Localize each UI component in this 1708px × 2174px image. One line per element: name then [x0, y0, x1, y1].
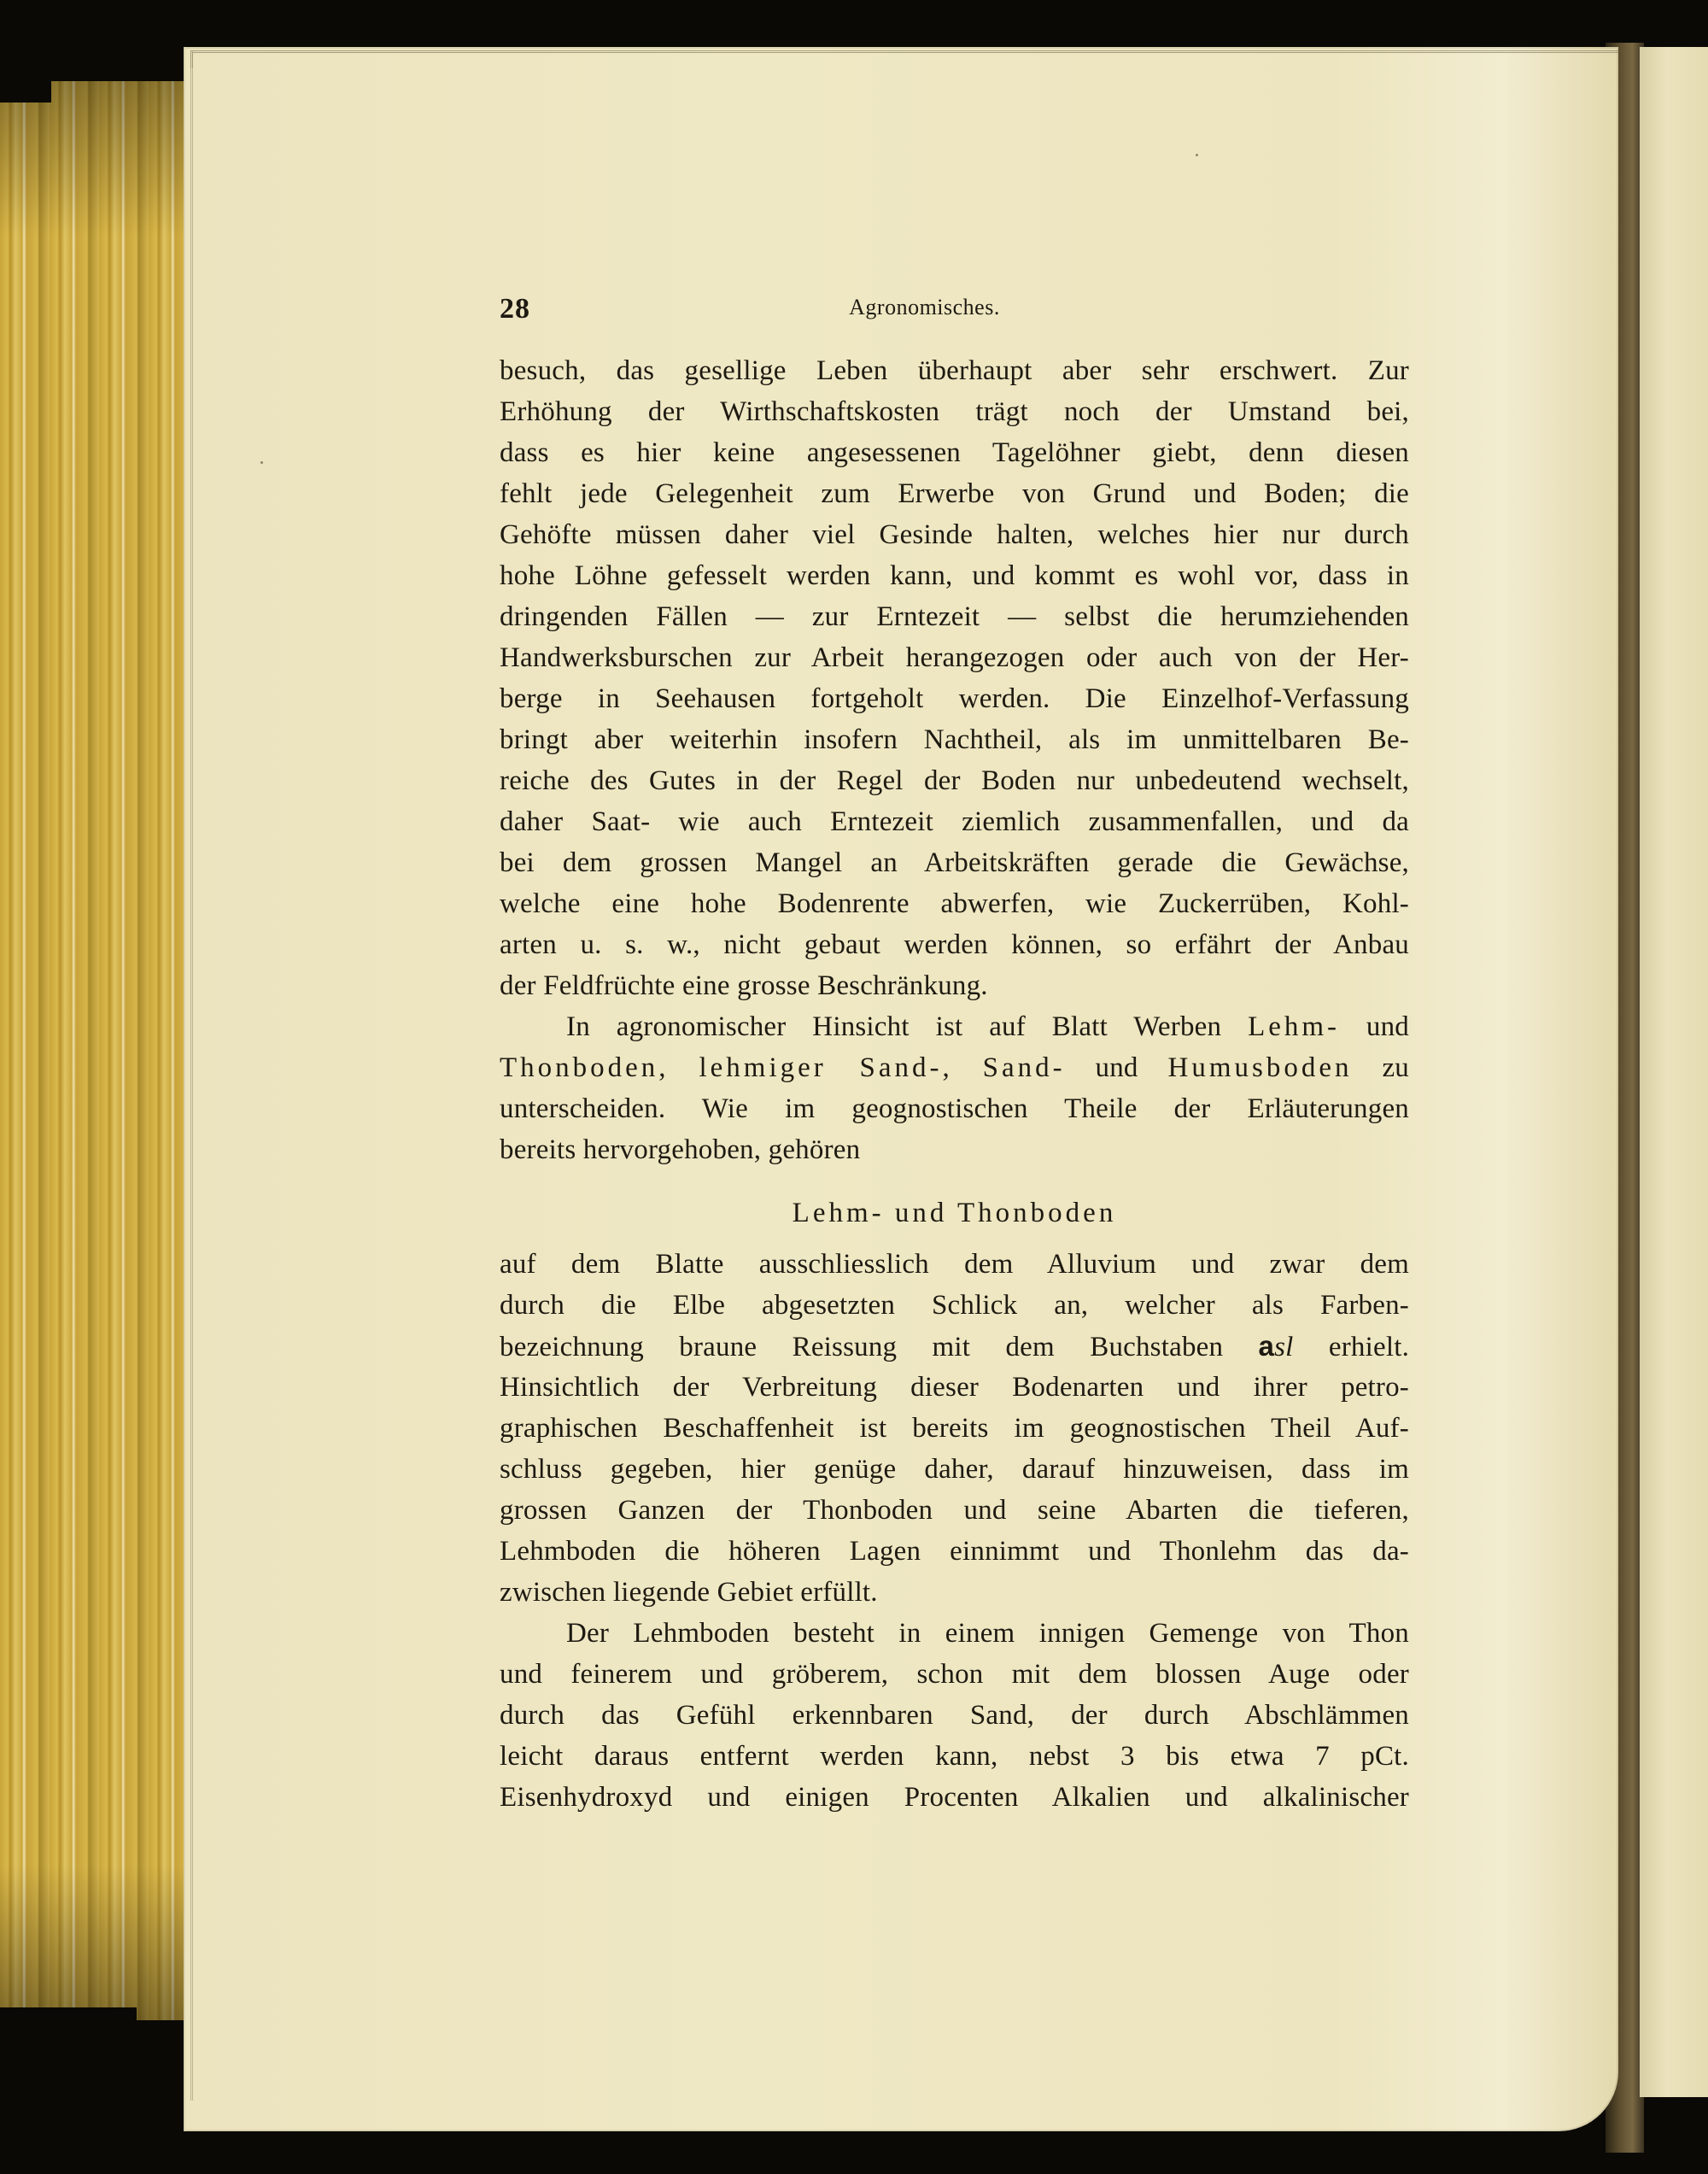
text-line: auf dem Blatte ausschliesslich dem Alluv…	[500, 1244, 1409, 1285]
edge-shadow	[0, 81, 51, 103]
text-run: bezeichnung braune Reissung mit dem Buch…	[500, 1332, 1223, 1362]
text-line: graphischen Beschaffenheit ist bereits i…	[500, 1408, 1409, 1449]
section-heading: Lehm- und Thonboden	[500, 1192, 1409, 1233]
text-line: Gehöfte müssen daher viel Gesinde halten…	[500, 514, 1409, 555]
text-line: fehlt jede Gelegenheit zum Erwerbe von G…	[500, 473, 1409, 514]
text-run: und	[1096, 1052, 1138, 1083]
text-line: Erhöhung der Wirthschaftskosten trägt no…	[500, 391, 1409, 432]
spaced-term: Sand-	[983, 1052, 1066, 1083]
running-head: 28 Agronomisches.	[500, 293, 1409, 327]
map-symbol: asl	[1259, 1332, 1294, 1362]
text-line: bringt aber weiterhin insofern Nachtheil…	[500, 719, 1409, 760]
text-line: Eisenhydroxyd und einigen Procenten Alka…	[500, 1777, 1409, 1818]
text-line: bei dem grossen Mangel an Arbeitskräften…	[500, 842, 1409, 883]
facing-page-edge	[1640, 47, 1708, 2097]
text-line: besuch, das gesellige Leben überhaupt ab…	[500, 350, 1409, 391]
text-line: arten u. s. w., nicht gebaut werden könn…	[500, 924, 1409, 965]
edge-shadow-bottom	[0, 2007, 137, 2174]
running-title: Agronomisches.	[500, 295, 1409, 320]
text-line: Thonboden, lehmiger Sand-, Sand- und Hum…	[500, 1047, 1409, 1088]
text-line: Lehmboden die höheren Lagen einnimmt und…	[500, 1531, 1409, 1572]
map-symbol-a: a	[1259, 1330, 1275, 1362]
spaced-term: lehmiger Sand-,	[699, 1052, 952, 1083]
text-run: und	[1366, 1011, 1409, 1042]
text-run: zu	[1382, 1052, 1409, 1083]
text-line: berge in Seehausen fortgeholt werden. Di…	[500, 678, 1409, 719]
text-line: Der Lehmboden besteht in einem innigen G…	[500, 1613, 1409, 1654]
text-line: durch die Elbe abgesetzten Schlick an, w…	[500, 1285, 1409, 1326]
text-line: In agronomischer Hinsicht ist auf Blatt …	[500, 1006, 1409, 1047]
text-line: dass es hier keine angesessenen Tagelöhn…	[500, 432, 1409, 473]
text-line: reiche des Gutes in der Regel der Boden …	[500, 760, 1409, 801]
text-line: Hinsichtlich der Verbreitung dieser Bode…	[500, 1367, 1409, 1408]
map-symbol-sl: sl	[1274, 1332, 1293, 1362]
text-run: erhielt.	[1329, 1332, 1409, 1362]
text-line: bezeichnung braune Reissung mit dem Buch…	[500, 1326, 1409, 1367]
spaced-term: Thonboden,	[500, 1052, 670, 1083]
text-line: hohe Löhne gefesselt werden kann, und ko…	[500, 555, 1409, 596]
text-line: leicht daraus entfernt werden kann, nebs…	[500, 1736, 1409, 1777]
page-left-rule	[190, 50, 208, 2101]
text-line: Handwerksburschen zur Arbeit herangezoge…	[500, 637, 1409, 678]
paper-speck	[1196, 154, 1198, 156]
text-line: daher Saat- wie auch Erntezeit ziemlich …	[500, 801, 1409, 842]
text-line: zwischen liegende Gebiet erfüllt.	[500, 1572, 1409, 1613]
text-line: bereits hervorgehoben, gehören	[500, 1129, 1409, 1170]
text-line: und feinerem und gröberem, schon mit dem…	[500, 1654, 1409, 1695]
spaced-term: Lehm-	[1248, 1011, 1340, 1042]
text-line: der Feldfrüchte eine grosse Beschränkung…	[500, 965, 1409, 1006]
text-line: welche eine hohe Bodenrente abwerfen, wi…	[500, 883, 1409, 924]
page-top-rule	[190, 50, 1618, 68]
spaced-term: Humusboden	[1168, 1052, 1353, 1083]
gilt-page-edges	[0, 81, 196, 2020]
text-line: schluss gegeben, hier genüge daher, dara…	[500, 1449, 1409, 1490]
text-line: durch das Gefühl erkennbaren Sand, der d…	[500, 1695, 1409, 1736]
text-line: dringenden Fällen — zur Erntezeit — selb…	[500, 596, 1409, 637]
paper-speck	[260, 461, 263, 464]
text-line: unterscheiden. Wie im geognostischen The…	[500, 1088, 1409, 1129]
text-line: grossen Ganzen der Thonboden und seine A…	[500, 1490, 1409, 1531]
text-run: In agronomischer Hinsicht ist auf Blatt …	[566, 1011, 1221, 1042]
